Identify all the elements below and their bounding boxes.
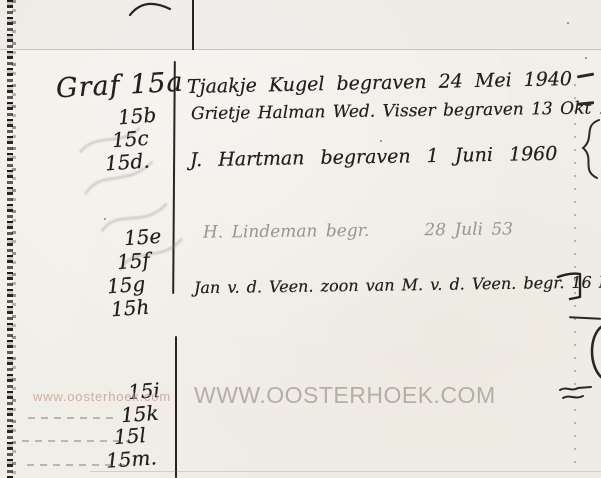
grave-label-15f: 15f bbox=[116, 248, 150, 274]
edge-tilde-marks bbox=[558, 384, 594, 402]
paper-speck bbox=[380, 140, 382, 142]
horizontal-fold-line bbox=[0, 49, 601, 50]
grave-label-15h: 15h bbox=[110, 295, 150, 322]
paper-speck bbox=[104, 218, 106, 220]
edge-curve-mark bbox=[588, 325, 601, 379]
grave-label-15a: Graf 15a bbox=[55, 67, 184, 105]
top-ink-remnant-stroke bbox=[128, 0, 172, 16]
watermark-small: www.oosterhoek.com bbox=[33, 389, 171, 404]
scanned-register-page: Graf 15a 15b 15c 15d. 15e 15f 15g 15h 15… bbox=[0, 0, 601, 478]
grave-label-15d: 15d. bbox=[104, 148, 150, 175]
register-entry-15b: Grietje Halman Wed. Visser begraven 13 O… bbox=[191, 98, 601, 124]
paper-speck bbox=[567, 22, 569, 24]
register-entry-15e-faint: H. Lindeman begr.28 Juli 53 bbox=[203, 219, 513, 242]
register-entry-15a: Tjaakje Kugel begraven 24 Mei 1940 bbox=[187, 68, 572, 98]
ghost-ruled-line-1 bbox=[28, 417, 118, 419]
register-entry-15d: J. Hartman begraven 1 Juni 1960 bbox=[190, 143, 558, 171]
paper-speck bbox=[585, 57, 587, 59]
grave-label-15e: 15e bbox=[123, 224, 162, 251]
grave-label-15l: 15l bbox=[113, 423, 146, 449]
watermark-large: WWW.OOSTERHOEK.COM bbox=[194, 382, 496, 409]
register-entry-15e-name: H. Lindeman begr. bbox=[203, 221, 370, 243]
scan-binding-edge-texture bbox=[12, 0, 16, 478]
grave-label-15b: 15b bbox=[117, 103, 157, 130]
margin-dash-mark-1 bbox=[577, 73, 594, 78]
register-entry-15g: Jan v. d. Veen. zoon van M. v. d. Veen. … bbox=[194, 272, 601, 298]
register-entry-15e-date: 28 Juli 53 bbox=[424, 219, 513, 240]
margin-brace-mark bbox=[577, 118, 601, 180]
entry-bracket-mark bbox=[556, 269, 584, 303]
column-divider-rule-lower bbox=[175, 336, 177, 478]
grave-label-15m: 15m. bbox=[105, 445, 157, 472]
top-column-rule bbox=[192, 0, 194, 50]
ghost-ruled-line-2 bbox=[22, 440, 130, 442]
page-top-margin bbox=[0, 0, 601, 49]
ghost-ruled-line-3 bbox=[27, 464, 127, 466]
bottom-faint-rule bbox=[90, 471, 601, 472]
